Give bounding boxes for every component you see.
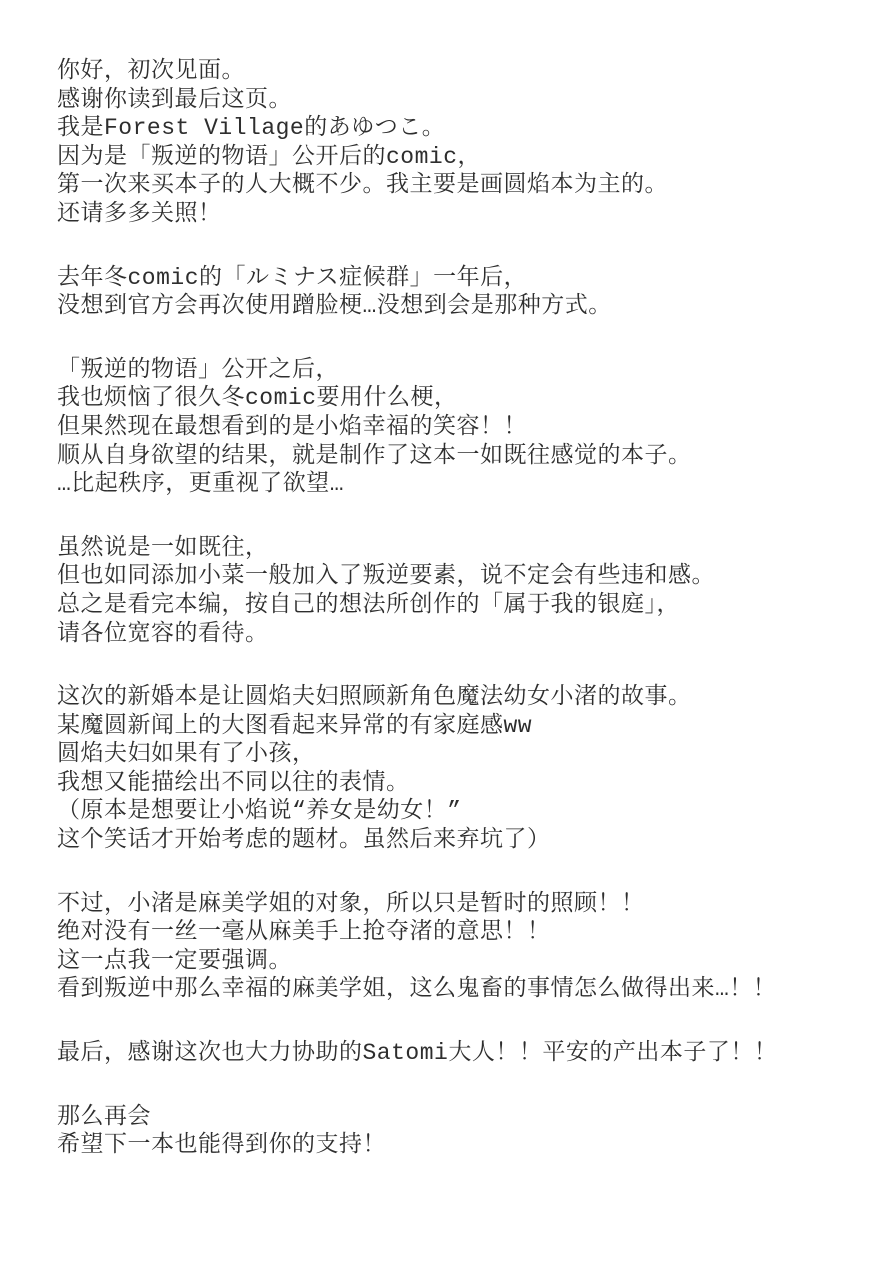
text-line: 没想到官方会再次使用蹭脸梗…没想到会是那种方式。 — [57, 292, 857, 321]
text-line: 某魔圆新闻上的大图看起来异常的有家庭感ww — [57, 712, 857, 741]
text-line: 你好，初次见面。 — [57, 57, 857, 86]
paragraph: 「叛逆的物语」公开之后，我也烦恼了很久冬comic要用什么梗，但果然现在最想看到… — [57, 356, 857, 499]
text-line: 我是Forest Village的あゆつこ。 — [57, 114, 857, 143]
text-line: 感谢你读到最后这页。 — [57, 86, 857, 115]
text-line: 最后，感谢这次也大力协助的Satomi大人！！平安的产出本子了！！ — [57, 1039, 857, 1068]
text-line: 不过，小渚是麻美学姐的对象，所以只是暂时的照顾！！ — [57, 890, 857, 919]
text-line: 绝对没有一丝一毫从麻美手上抢夺渚的意思！！ — [57, 918, 857, 947]
text-line: （原本是想要让小焰说“养女是幼女！” — [57, 797, 857, 826]
paragraph: 虽然说是一如既往，但也如同添加小菜一般加入了叛逆要素，说不定会有些违和感。总之是… — [57, 534, 857, 648]
text-line: 去年冬comic的「ルミナス症候群」一年后， — [57, 264, 857, 293]
afterword-page: 你好，初次见面。感谢你读到最后这页。我是Forest Village的あゆつこ。… — [0, 0, 880, 1268]
text-line: 那么再会 — [57, 1103, 857, 1132]
text-line: 请各位宽容的看待。 — [57, 620, 857, 649]
text-line: 这个笑话才开始考虑的题材。虽然后来弃坑了） — [57, 826, 857, 855]
paragraph: 你好，初次见面。感谢你读到最后这页。我是Forest Village的あゆつこ。… — [57, 57, 857, 229]
text-line: 看到叛逆中那么幸福的麻美学姐，这么鬼畜的事情怎么做得出来…！！ — [57, 975, 857, 1004]
paragraph: 这次的新婚本是让圆焰夫妇照顾新角色魔法幼女小渚的故事。某魔圆新闻上的大图看起来异… — [57, 683, 857, 855]
text-line: 这一点我一定要强调。 — [57, 947, 857, 976]
text-line: 我也烦恼了很久冬comic要用什么梗， — [57, 384, 857, 413]
text-line: 希望下一本也能得到你的支持！ — [57, 1131, 857, 1160]
text-line: 虽然说是一如既往， — [57, 534, 857, 563]
text-line: 顺从自身欲望的结果，就是制作了这本一如既往感觉的本子。 — [57, 442, 857, 471]
text-line: 总之是看完本编，按自己的想法所创作的「属于我的银庭」， — [57, 591, 857, 620]
text-line: 但果然现在最想看到的是小焰幸福的笑容！！ — [57, 413, 857, 442]
paragraph: 不过，小渚是麻美学姐的对象，所以只是暂时的照顾！！绝对没有一丝一毫从麻美手上抢夺… — [57, 890, 857, 1004]
text-line: 第一次来买本子的人大概不少。我主要是画圆焰本为主的。 — [57, 171, 857, 200]
text-line: …比起秩序，更重视了欲望… — [57, 470, 857, 499]
paragraph: 去年冬comic的「ルミナス症候群」一年后，没想到官方会再次使用蹭脸梗…没想到会… — [57, 264, 857, 321]
text-line: 这次的新婚本是让圆焰夫妇照顾新角色魔法幼女小渚的故事。 — [57, 683, 857, 712]
text-line: 但也如同添加小菜一般加入了叛逆要素，说不定会有些违和感。 — [57, 562, 857, 591]
text-line: 圆焰夫妇如果有了小孩， — [57, 740, 857, 769]
text-line: 我想又能描绘出不同以往的表情。 — [57, 769, 857, 798]
text-line: 「叛逆的物语」公开之后， — [57, 356, 857, 385]
afterword-text: 你好，初次见面。感谢你读到最后这页。我是Forest Village的あゆつこ。… — [57, 57, 857, 1195]
text-line: 还请多多关照！ — [57, 200, 857, 229]
paragraph: 最后，感谢这次也大力协助的Satomi大人！！平安的产出本子了！！ — [57, 1039, 857, 1068]
paragraph: 那么再会希望下一本也能得到你的支持！ — [57, 1103, 857, 1160]
text-line: 因为是「叛逆的物语」公开后的comic， — [57, 143, 857, 172]
